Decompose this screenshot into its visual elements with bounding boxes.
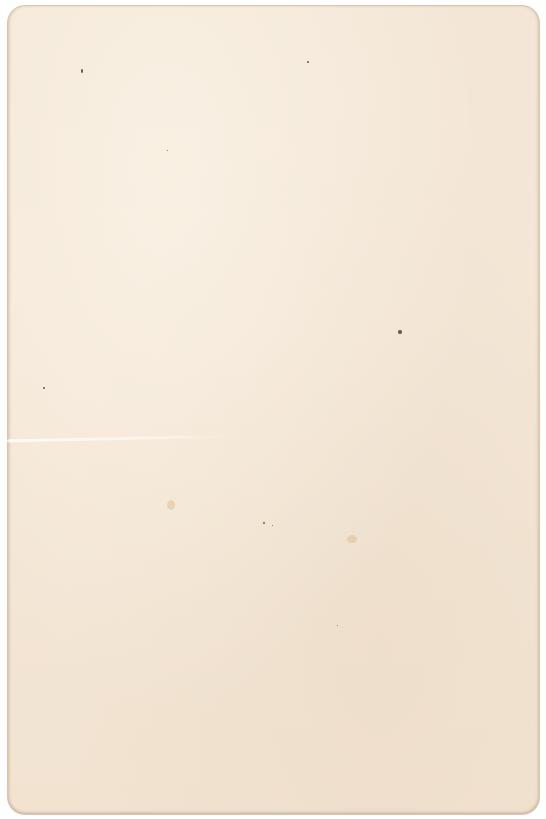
stain	[347, 535, 357, 543]
speck	[43, 387, 45, 389]
speck	[272, 525, 273, 526]
paper-crease	[7, 435, 237, 443]
speck	[398, 330, 402, 334]
blank-card	[7, 5, 540, 815]
speck	[167, 150, 168, 151]
speck	[307, 61, 309, 63]
speck	[81, 69, 83, 73]
speck	[337, 625, 338, 626]
stain	[167, 500, 175, 510]
speck	[263, 522, 265, 524]
